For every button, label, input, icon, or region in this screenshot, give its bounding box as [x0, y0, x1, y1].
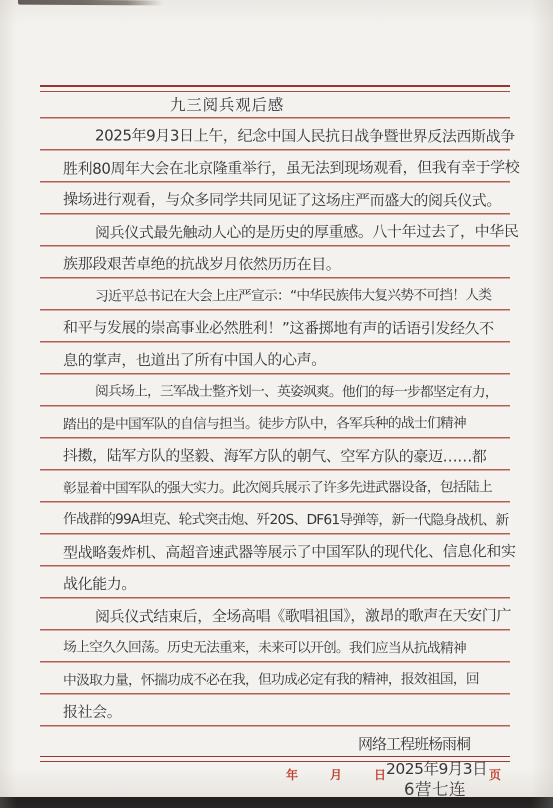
- essay-line: 族那段艰苦卓绝的抗战岁月依然历历在目。: [63, 254, 340, 275]
- handwritten-essay-photo: 九三阅兵观后感 2025年9月3日上午，纪念中国人民抗日战争暨世界反法西斯战争 …: [0, 0, 553, 808]
- essay-line: 阅兵仪式最先触动人心的是历史的厚重感。八十年过去了，中华民: [95, 221, 518, 242]
- footer-month-label: 月: [330, 766, 342, 783]
- essay-line: 场上空久久回荡。历史无法重来，未来可以开创。我们应当从抗战精神: [63, 637, 466, 658]
- footer-page-label: 页: [489, 766, 501, 783]
- essay-line: 胜利80周年大会在北京隆重举行，虽无法到现场观看，但我有幸于学校: [63, 157, 519, 179]
- essay-line: 抖擞，陆军方队的坚毅、海军方队的朝气、空军方队的豪迈……都: [63, 445, 486, 466]
- handwritten-date: 2025年9月3日: [386, 759, 487, 779]
- essay-line: 中汲取力量，怀揣功成不必在我，但功成必定有我的精神，报效祖国，回: [63, 669, 479, 690]
- footer-day-label: 日: [374, 766, 386, 783]
- essay-line: 战化能力。: [63, 574, 136, 594]
- essay-line: 阅兵场上，三军战士整齐划一、英姿飒爽。他们的每一步都坚定有力，: [95, 381, 498, 402]
- essay-line: 作战群的99A坦克、轮式突击炮、歼20S、DF61导弹等，新一代隐身战机、新: [63, 509, 508, 530]
- essay-line: 彰显着中国军队的强大实力。此次阅兵展示了许多先进武器设备，包括陆上: [63, 477, 492, 498]
- scan-smudge-mark: [18, 0, 163, 5]
- essay-line: 和平与发展的崇高事业必然胜利！”这番掷地有声的话语引发经久不: [63, 317, 494, 338]
- photo-bottom-edge: [0, 797, 553, 808]
- essay-signature: 网络工程班杨雨桐: [358, 734, 470, 754]
- footer-year-label: 年: [286, 766, 298, 783]
- paper-top-double-rule: [40, 85, 510, 92]
- essay-line: 习近平总书记在大会上庄严宣示：“中华民族伟大复兴势不可挡！人类: [95, 285, 491, 306]
- essay-line: 2025年9月3日上午，纪念中国人民抗日战争暨世界反法西斯战争: [95, 125, 515, 146]
- essay-line: 报社会。: [63, 702, 121, 722]
- essay-line: 操场进行观看，与众多同学共同见证了这场庄严而盛大的阅兵仪式。: [63, 189, 501, 210]
- essay-line: 阅兵仪式结束后，全场高唱《歌唱祖国》，激昂的歌声在天安门广: [95, 605, 511, 626]
- essay-title: 九三阅兵观后感: [170, 95, 284, 115]
- essay-line: 踏出的是中国军队的自信与担当。徒步方队中，各军兵种的战士们精神: [63, 413, 466, 434]
- essay-line: 息的掌声，也道出了所有中国人的心声。: [63, 350, 326, 371]
- essay-line: 型战略轰炸机、高超音速武器等展示了中国军队的现代化、信息化和实: [63, 541, 516, 563]
